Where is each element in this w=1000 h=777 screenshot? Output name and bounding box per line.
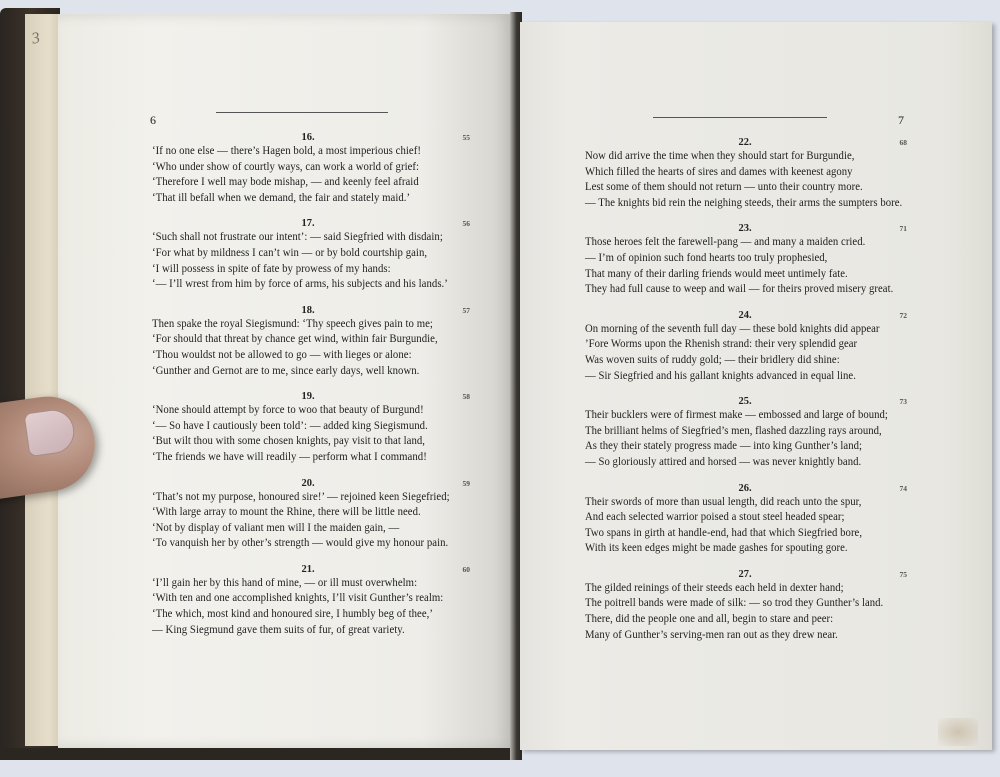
verse-line: ‘Such shall not frustrate our intent’: —…: [152, 230, 452, 246]
header-rule-right: [653, 117, 827, 118]
verse-line: Was woven suits of ruddy gold; — their b…: [585, 353, 891, 369]
page-number-right: 7: [898, 113, 904, 128]
stanza: 16. 55 ‘If no one else — there’s Hagen b…: [152, 131, 464, 206]
verse-line: Which filled the hearts of sires and dam…: [585, 165, 891, 181]
right-page-text: 22. 68 Now did arrive the time when they…: [585, 136, 905, 654]
verse-line: Many of Gunther’s serving-men ran out as…: [585, 628, 891, 644]
stanza: 26. 74 Their swords of more than usual l…: [585, 482, 905, 557]
margin-number: 73: [900, 395, 908, 408]
stanza: 24. 72 On morning of the seventh full da…: [585, 309, 905, 384]
verse-line: The brilliant helms of Siegfried’s men, …: [585, 424, 891, 440]
verse-line: The poitrell bands were made of silk: — …: [585, 596, 891, 612]
stanza-number: 19.: [152, 390, 464, 403]
verse-line: ‘— I’ll wrest from him by force of arms,…: [152, 277, 452, 293]
margin-number: 72: [900, 309, 908, 322]
verse-line: ‘For what by mildness I can’t win — or b…: [152, 246, 452, 262]
stanza-number: 17.: [152, 217, 464, 230]
verse-line: Now did arrive the time when they should…: [585, 149, 891, 165]
verse-line: Those heroes felt the farewell-pang — an…: [585, 235, 891, 251]
stanza: 18. 57 Then spake the royal Siegismund: …: [152, 304, 464, 379]
verse-line: — King Siegmund gave them suits of fur, …: [152, 623, 452, 639]
verse-line: On morning of the seventh full day — the…: [585, 322, 891, 338]
verse-line: ‘Gunther and Gernot are to me, since ear…: [152, 364, 452, 380]
verse-line: ‘Thou wouldst not be allowed to go — wit…: [152, 348, 452, 364]
verse-line: ‘— So have I cautiously been told’: — ad…: [152, 419, 452, 435]
verse-line: There, did the people one and all, begin…: [585, 612, 891, 628]
verse-line: That many of their darling friends would…: [585, 267, 891, 283]
stanza-number: 16.: [152, 131, 464, 144]
verse-line: ‘If no one else — there’s Hagen bold, a …: [152, 144, 452, 160]
stanza-number: 21.: [152, 563, 464, 576]
verse-line: — The knights bid rein the neighing stee…: [585, 196, 891, 212]
margin-number: 75: [900, 568, 908, 581]
verse-line: ‘With ten and one accomplished knights, …: [152, 591, 452, 607]
verse-line: Their bucklers were of firmest make — em…: [585, 408, 891, 424]
verse-line: ‘With large array to mount the Rhine, th…: [152, 505, 452, 521]
margin-number: 56: [463, 217, 471, 230]
verse-line: Their swords of more than usual length, …: [585, 495, 891, 511]
book-cover-bottom: [0, 748, 520, 760]
verse-line: Lest some of them should not return — un…: [585, 180, 891, 196]
verse-line: They had full cause to weep and wail — f…: [585, 282, 891, 298]
verse-line: With its keen edges might be made gashes…: [585, 541, 891, 557]
page-stain: [938, 718, 978, 746]
verse-line: — I’m of opinion such fond hearts too tr…: [585, 251, 891, 267]
thumbnail: [23, 407, 77, 457]
verse-line: ‘The which, most kind and honoured sire,…: [152, 607, 452, 623]
verse-line: ‘To vanquish her by other’s strength — w…: [152, 536, 452, 552]
stanza: 25. 73 Their bucklers were of firmest ma…: [585, 395, 905, 470]
verse-line: As they their stately progress made — in…: [585, 439, 891, 455]
stanza: 19. 58 ‘None should attempt by force to …: [152, 390, 464, 465]
stanza-number: 22.: [585, 136, 905, 149]
stanza-number: 25.: [585, 395, 905, 408]
verse-line: ‘That ill befall when we demand, the fai…: [152, 191, 452, 207]
margin-number: 68: [900, 136, 908, 149]
stanza-number: 23.: [585, 222, 905, 235]
verse-line: — Sir Siegfried and his gallant knights …: [585, 369, 891, 385]
verse-line: ‘Who under show of courtly ways, can wor…: [152, 160, 452, 176]
stanza-number: 26.: [585, 482, 905, 495]
stanza: 21. 60 ‘I’ll gain her by this hand of mi…: [152, 563, 464, 638]
stanza: 22. 68 Now did arrive the time when they…: [585, 136, 905, 211]
left-page-text: 16. 55 ‘If no one else — there’s Hagen b…: [152, 131, 464, 649]
verse-line: Then spake the royal Siegismund: ‘Thy sp…: [152, 317, 452, 333]
stanza-number: 20.: [152, 477, 464, 490]
stanza-number: 18.: [152, 304, 464, 317]
verse-line: And each selected warrior poised a stout…: [585, 510, 891, 526]
margin-number: 55: [463, 131, 471, 144]
verse-line: ‘That’s not my purpose, honoured sire!’ …: [152, 490, 452, 506]
stanza: 17. 56 ‘Such shall not frustrate our int…: [152, 217, 464, 292]
verse-line: Two spans in girth at handle-end, had th…: [585, 526, 891, 542]
stanza: 27. 75 The gilded reinings of their stee…: [585, 568, 905, 643]
verse-line: ‘I will possess in spite of fate by prow…: [152, 262, 452, 278]
margin-number: 57: [463, 304, 471, 317]
verse-line: ‘The friends we have will readily — perf…: [152, 450, 452, 466]
page-number-left: 6: [150, 113, 156, 128]
stanza-number: 24.: [585, 309, 905, 322]
stanza-number: 27.: [585, 568, 905, 581]
margin-number: 60: [463, 563, 471, 576]
margin-number: 58: [463, 390, 471, 403]
verse-line: The gilded reinings of their steeds each…: [585, 581, 891, 597]
header-rule-left: [216, 112, 388, 113]
verse-line: ‘Therefore I well may bode mishap, — and…: [152, 175, 452, 191]
verse-line: ’Fore Worms upon the Rhenish strand: the…: [585, 337, 891, 353]
verse-line: ‘Not by display of valiant men will I th…: [152, 521, 452, 537]
verse-line: — So gloriously attired and horsed — was…: [585, 455, 891, 471]
margin-number: 74: [900, 482, 908, 495]
verse-line: ‘None should attempt by force to woo tha…: [152, 403, 452, 419]
verse-line: ‘I’ll gain her by this hand of mine, — o…: [152, 576, 452, 592]
stanza: 23. 71 Those heroes felt the farewell-pa…: [585, 222, 905, 297]
margin-number: 59: [463, 477, 471, 490]
margin-number: 71: [900, 222, 908, 235]
stanza: 20. 59 ‘That’s not my purpose, honoured …: [152, 477, 464, 552]
verse-line: ‘For should that threat by chance get wi…: [152, 332, 452, 348]
verse-line: ‘But wilt thou with some chosen knights,…: [152, 434, 452, 450]
